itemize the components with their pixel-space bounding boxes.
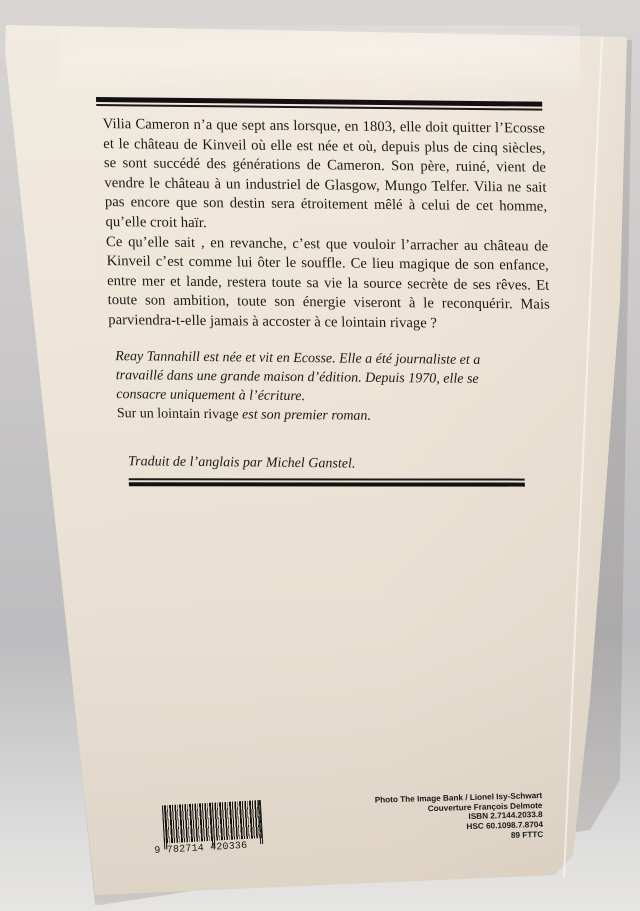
publication-credits: Photo The Image Bank / Lionel Isy-Schwar…	[330, 791, 543, 845]
synopsis-paragraph-1: Vilia Cameron n’a que sept ans lorsque, …	[103, 115, 548, 237]
author-bio-text: Reay Tannahill est née et vit en Ecosse.…	[115, 347, 527, 408]
isbn-barcode: 9 782714 420336	[152, 800, 270, 861]
rule-thick-line	[129, 482, 525, 486]
first-novel-note: Sur un lointain rivage est son premier r…	[117, 404, 528, 427]
bottom-double-rule	[129, 478, 525, 486]
first-novel-rest: est son premier roman.	[238, 407, 371, 423]
novel-title: Sur un lointain rivage	[117, 406, 239, 422]
synopsis: Vilia Cameron n’a que sept ans lorsque, …	[103, 115, 551, 335]
author-bio: Reay Tannahill est née et vit en Ecosse.…	[115, 347, 527, 427]
translator-credit: Traduit de l’anglais par Michel Ganstel.	[128, 454, 555, 474]
synopsis-paragraph-2: Ce qu’elle sait , en revanche, c’est que…	[106, 233, 551, 336]
cover-text-block: Vilia Cameron n’a que sept ans lorsque, …	[96, 97, 555, 490]
